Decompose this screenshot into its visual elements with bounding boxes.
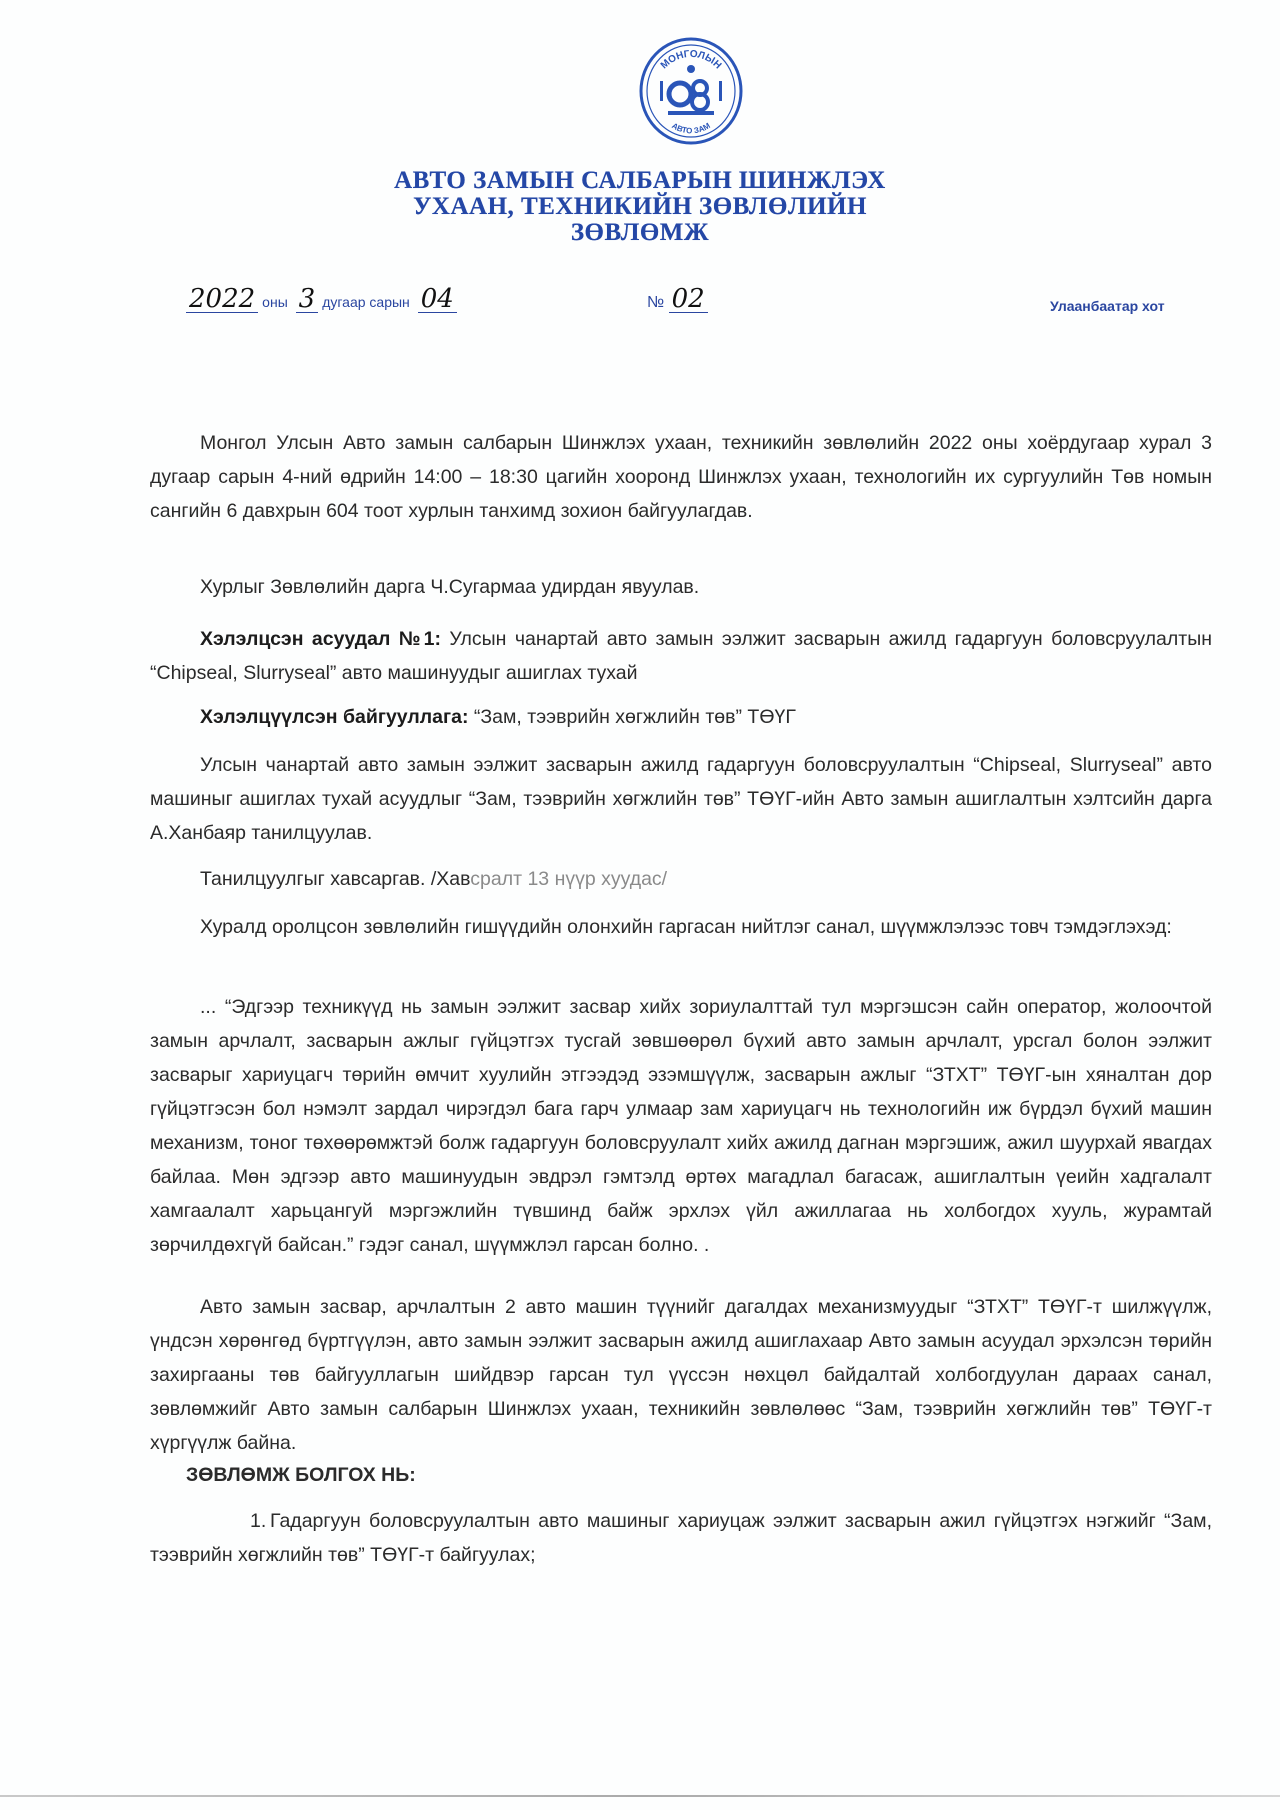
paragraph-members-opinion: Хуралд оролцсон зөвлөлийн гишүүдийн олон… bbox=[150, 910, 1212, 944]
document-number: № 02 bbox=[647, 286, 708, 313]
recommendation-heading: ЗӨВЛӨМЖ БОЛГОХ НЬ: bbox=[150, 1458, 1212, 1492]
paragraph-presentation: Улсын чанартай авто замын ээлжит засвары… bbox=[150, 748, 1212, 850]
recommendation-text: Гадаргуун боловсруулалтын авто машиныг х… bbox=[150, 1510, 1212, 1566]
svg-text:АВТО ЗАМ: АВТО ЗАМ bbox=[670, 121, 712, 136]
organization-label: Хэлэлцүүлсэн байгууллага: bbox=[200, 706, 468, 728]
mongolian-road-emblem-icon: МОНГОЛЫН АВТО ЗАМ bbox=[638, 36, 744, 146]
month-handwritten: 3 bbox=[296, 286, 319, 313]
date-line: 2022оны 3дугаар сарын 04 bbox=[186, 286, 457, 313]
paragraph-chair: Хурлыг Зөвлөлийн дарга Ч.Сугармаа удирда… bbox=[150, 570, 1212, 604]
city-label: Улаанбаатар хот bbox=[1050, 298, 1165, 314]
recommendation-item: 1.Гадаргуун боловсруулалтын авто машиныг… bbox=[150, 1504, 1212, 1572]
number-label: № bbox=[647, 294, 664, 311]
day-handwritten: 04 bbox=[418, 286, 457, 313]
month-label: дугаар сарын bbox=[322, 294, 410, 310]
organization-logo: МОНГОЛЫН АВТО ЗАМ bbox=[638, 36, 744, 146]
title-line-2: УХААН, ТЕХНИКИЙН ЗӨВЛӨЛИЙН bbox=[300, 194, 980, 220]
issue-label: Хэлэлцсэн асуудал №1: bbox=[200, 628, 441, 650]
paragraph-organization: Хэлэлцүүлсэн байгууллага: “Зам, тээврийн… bbox=[150, 700, 1212, 734]
number-handwritten: 02 bbox=[669, 286, 708, 313]
recommendation-number: 1. bbox=[200, 1504, 270, 1538]
page-bottom-edge bbox=[0, 1795, 1280, 1797]
year-handwritten: 2022 bbox=[186, 286, 258, 313]
year-label: оны bbox=[262, 294, 288, 310]
paragraph-issue: Хэлэлцсэн асуудал №1: Улсын чанартай авт… bbox=[150, 622, 1212, 690]
organization-text: “Зам, тээврийн хөгжлийн төв” ТӨҮГ bbox=[468, 706, 795, 728]
title-line-3: ЗӨВЛӨМЖ bbox=[300, 220, 980, 246]
document-title: АВТО ЗАМЫН САЛБАРЫН ШИНЖЛЭХ УХААН, ТЕХНИ… bbox=[300, 168, 980, 246]
paragraph-quote: ... “Эдгээр техникүүд нь замын ээлжит за… bbox=[150, 990, 1212, 1262]
paragraph-decision: Авто замын засвар, арчлалтын 2 авто маши… bbox=[150, 1290, 1212, 1460]
paragraph-intro: Монгол Улсын Авто замын салбарын Шинжлэх… bbox=[150, 426, 1212, 528]
paragraph-attachment: Танилцуулгыг хавсаргав. /Хавсралт 13 нүү… bbox=[150, 862, 1212, 896]
title-line-1: АВТО ЗАМЫН САЛБАРЫН ШИНЖЛЭХ bbox=[300, 168, 980, 194]
